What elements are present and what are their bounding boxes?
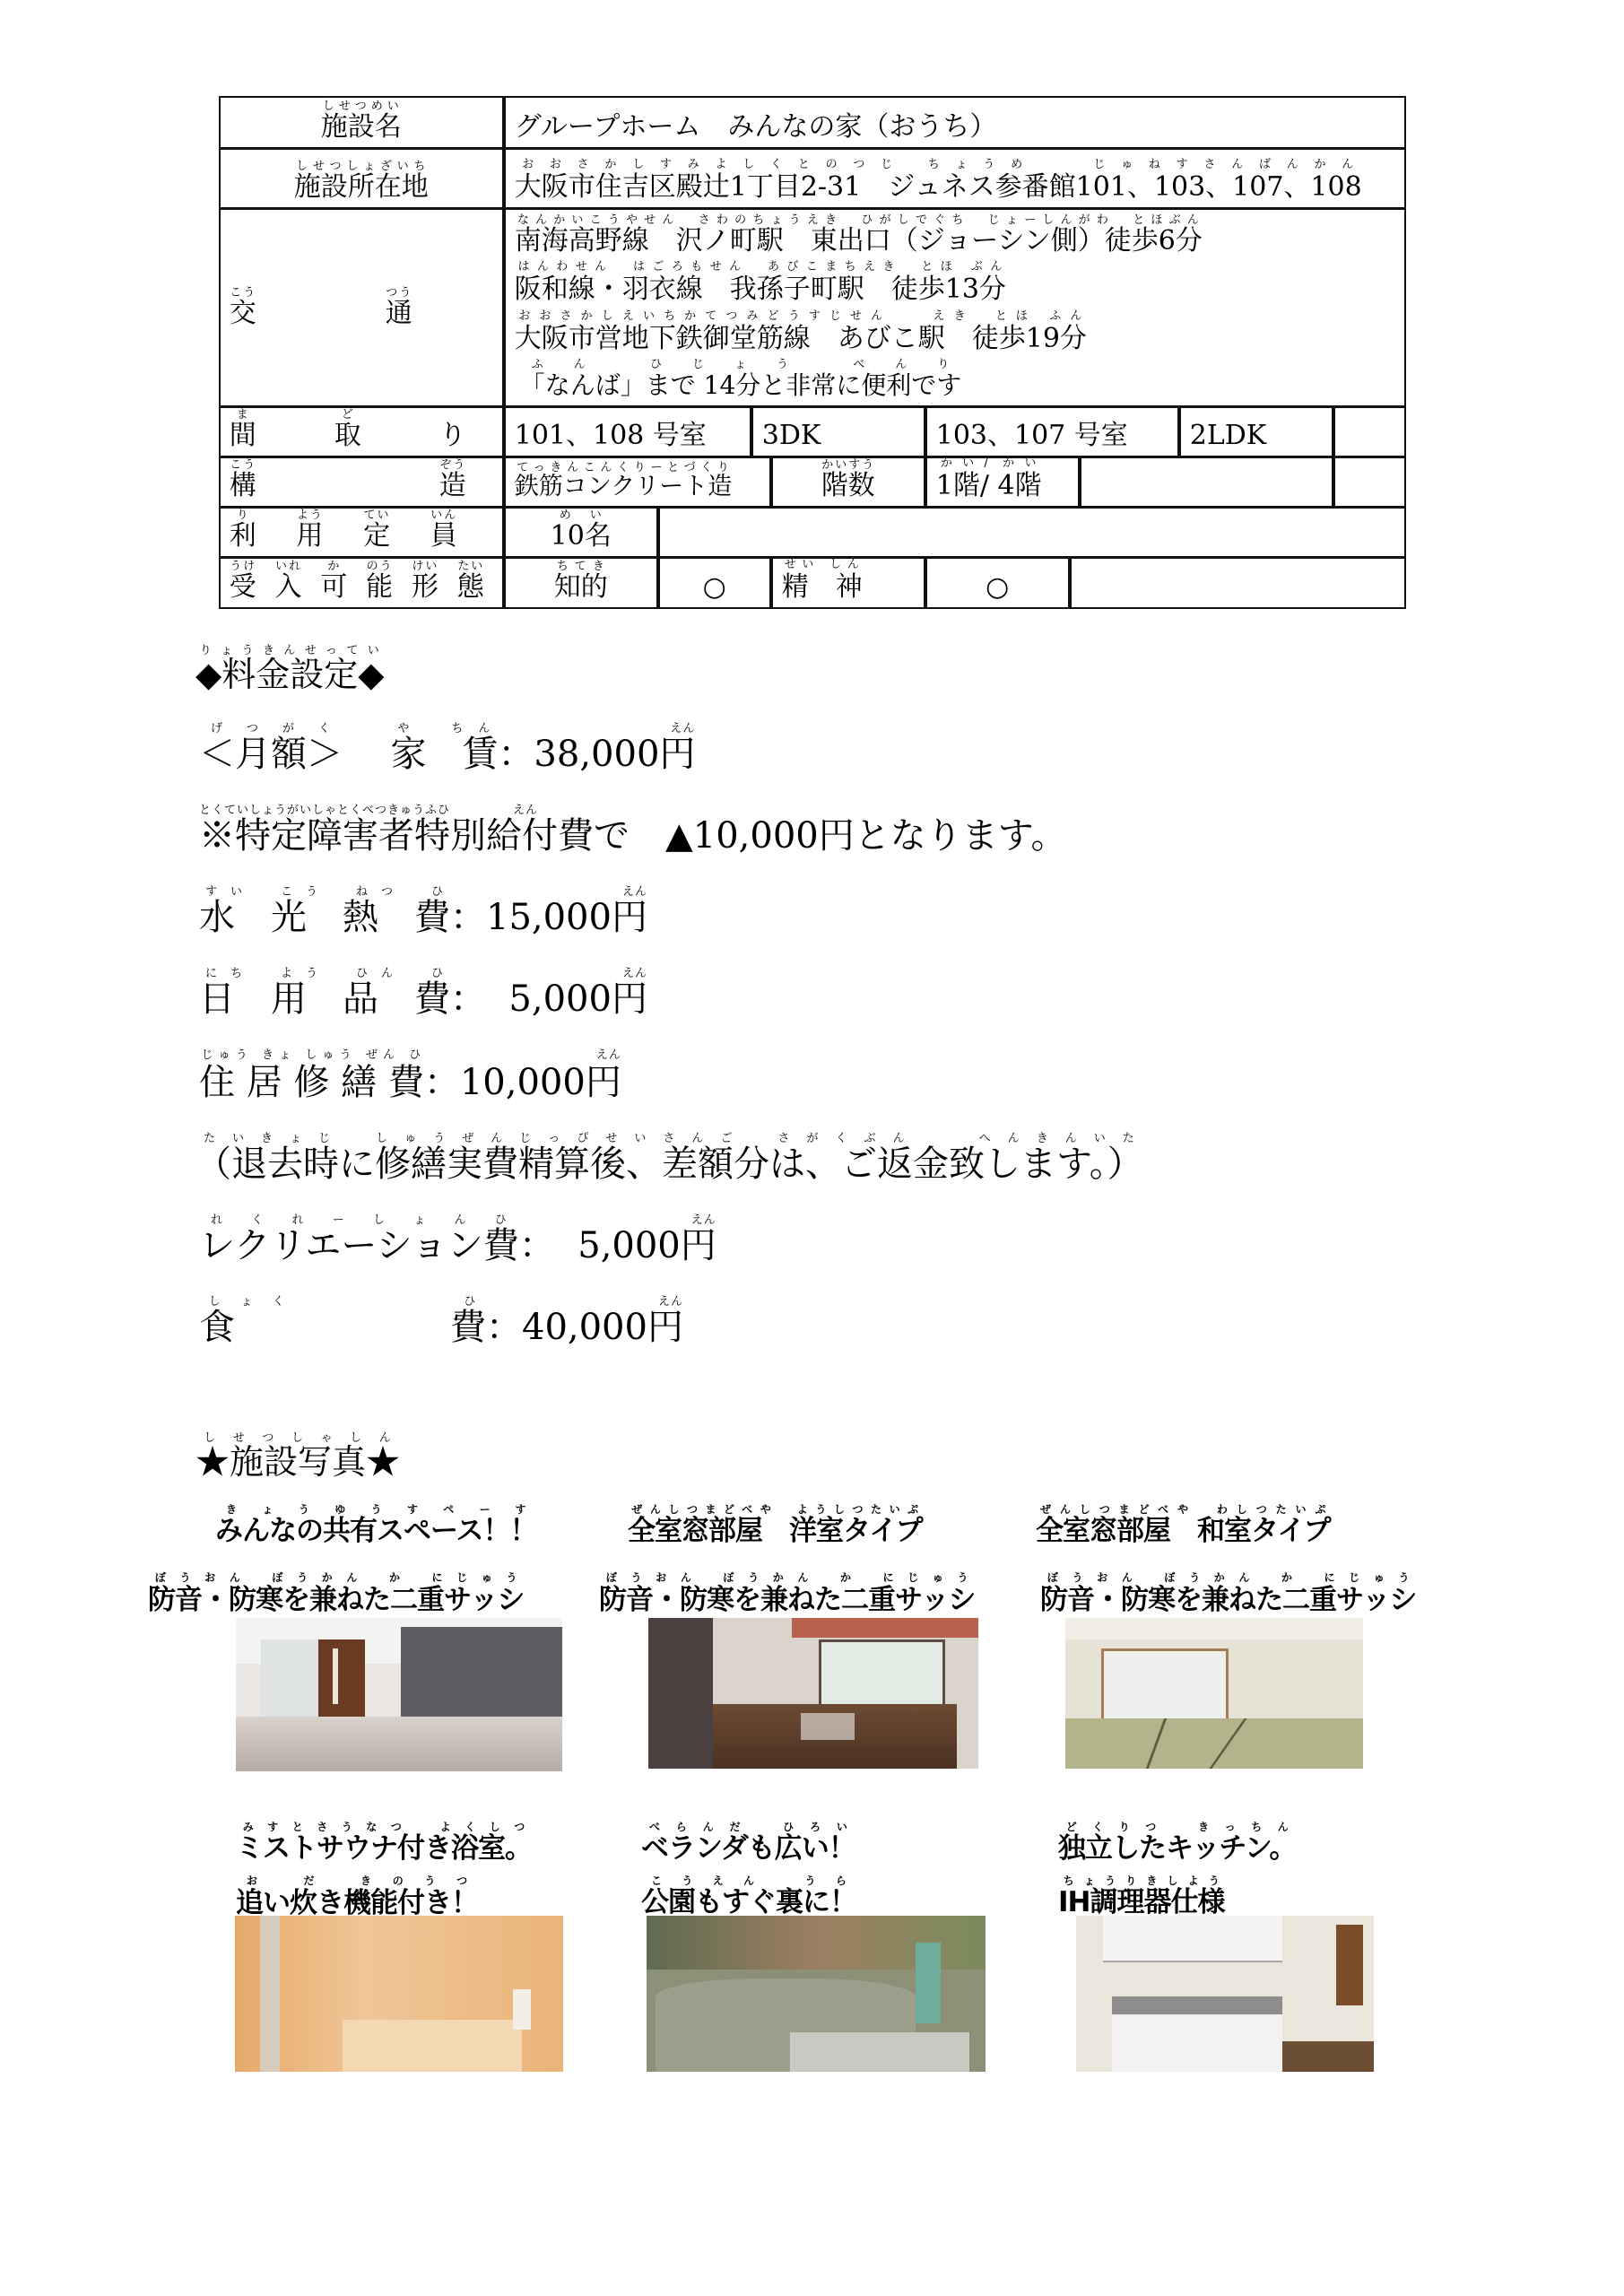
photo-caption: ベランダも広い！べらんだ ひろい (641, 1821, 855, 1865)
fee-rent: ＜月額＞げつがく 家 賃や ちん：38,000円えん (199, 722, 695, 777)
photo-subcaption: IH調理器仕様ちょうりきしよう (1058, 1874, 1224, 1919)
facility-name-value: グループホーム みんなの家（おうち） (504, 96, 1406, 149)
acceptance-mental-mark: ○ (925, 557, 1070, 609)
capacity-value: 10名めい (504, 507, 658, 558)
western-room-photo (648, 1618, 978, 1769)
fee-refund-note: （退去時に修繕実費精算後、差額分は、ご返金致します。）たいきょじ しゅうぜんじっ… (195, 1132, 1143, 1187)
layout-rooms-b: 103、107 号室 (925, 406, 1179, 457)
fee-recreation: レクリエーション費れくれーしょんひ： 5,000円えん (199, 1213, 716, 1268)
acceptance-mental-label: 精 神せい しん (771, 557, 925, 609)
kitchen-photo (1076, 1916, 1374, 2072)
structure-empty-2 (1333, 457, 1406, 508)
layout-empty (1333, 406, 1406, 457)
photo-caption: ミストサウナ付き浴室。みすとさうなつ よくしつ (236, 1821, 532, 1865)
layout-type-a: 3DK (751, 406, 925, 457)
photo-subcaption: 公園もすぐ裏に！こうえん うら (641, 1874, 856, 1919)
fee-food: 食 費しょく ひ：40,000円えん (199, 1295, 683, 1350)
capacity-empty (658, 507, 1406, 558)
photo-caption: 全室窓部屋 洋室タイプぜんしつまどべや ようしつたいぷ (628, 1503, 922, 1548)
veranda-photo (647, 1916, 986, 2072)
fees-title: ◆料金設定◆りょうきんせってい (195, 644, 384, 696)
transport-line-note: 「なんば」まで 14分と非常に便利ですふん ひじょう べんり (515, 358, 962, 398)
photo-subcaption: 防音・防寒を兼ねた二重サッシぼうおん ぼうかん か にじゅう (1040, 1571, 1416, 1617)
layout-type-b: 2LDK (1179, 406, 1333, 457)
fee-repairs: 住 居 修 繕 費じゅう きょ しゅう ぜん ひ：10,000円えん (199, 1048, 621, 1105)
floors-value: 1階/ 4階かい/ かい (925, 457, 1080, 508)
photo-subcaption: 追い炊き機能付き！お だ きのうつ (236, 1874, 478, 1920)
layout-label: 間ま 取ど り (219, 406, 504, 457)
photo-caption: 全室窓部屋 和室タイプぜんしつまどべや わしつたいぷ (1036, 1503, 1330, 1548)
transport-line: 南海高野線 沢ノ町駅 東出口（ジョーシン側）徒歩6分なんかいこうやせん さわのち… (515, 213, 1203, 256)
structure-label: 構こう 造ぞう (219, 457, 504, 508)
acceptance-empty (1070, 557, 1406, 609)
transport-lines: 南海高野線 沢ノ町駅 東出口（ジョーシン側）徒歩6分なんかいこうやせん さわのち… (504, 208, 1406, 407)
photo-caption: 独立したキッチン。どくりつ きっちん (1058, 1821, 1296, 1865)
facility-name-label: 施設名しせつめい (219, 96, 504, 149)
acceptance-intellectual-label: 知的ちてき (504, 557, 658, 609)
fee-utilities: 水 光 熱 費すい こう ねつ ひ：15,000円えん (199, 885, 647, 940)
common-space-photo (236, 1618, 562, 1771)
acceptance-label: 受うけ 入いれ 可か 能のう 形けい 態たい (219, 557, 504, 609)
address-label: 施設所在地しせつしょざいち (219, 148, 504, 209)
acceptance-intellectual-mark: ○ (658, 557, 771, 609)
floors-label: 階数かいすう (771, 457, 925, 508)
transport-line: 阪和線・羽衣線 我孫子町駅 徒歩13分はんわせん はごろもせん あびこまちえき … (515, 260, 1006, 304)
photo-caption: みんなの共有スペース！！きょうゆうすぺーす (215, 1503, 536, 1548)
address-value: 大阪市住吉区殿辻1丁目2-31 ジュネス参番館101、103、107、108おお… (504, 148, 1406, 209)
fee-daily-goods: 日 用 品 費にち よう ひん ひ： 5,000円えん (199, 967, 647, 1022)
photo-subcaption: 防音・防寒を兼ねた二重サッシぼうおん ぼうかん か にじゅう (599, 1571, 975, 1617)
capacity-label: 利り 用よう 定てい 員いん (219, 507, 504, 558)
transport-line: 大阪市営地下鉄御堂筋線 あびこ駅 徒歩19分おおさかしえいちかてつみどうすじせん… (515, 309, 1087, 353)
transport-label: 交こう 通つう (219, 208, 504, 407)
photos-title: ★施設写真★しせつしゃしん (195, 1431, 400, 1483)
layout-rooms-a: 101、108 号室 (504, 406, 751, 457)
transport-label-left: 交こう (230, 286, 256, 328)
fee-subsidy-note: ※特定障害者特別給付費で ▲10,000円となります。とくていしょうがいしゃとく… (199, 804, 1067, 858)
bathroom-photo (235, 1916, 563, 2072)
structure-type: 鉄筋コンクリート造てっきんこんくりーとづくり (504, 457, 771, 508)
structure-empty-1 (1080, 457, 1333, 508)
photo-subcaption: 防音・防寒を兼ねた二重サッシぼうおん ぼうかん か にじゅう (148, 1571, 524, 1617)
japanese-room-photo (1065, 1618, 1363, 1769)
transport-label-right: 通つう (386, 286, 413, 328)
